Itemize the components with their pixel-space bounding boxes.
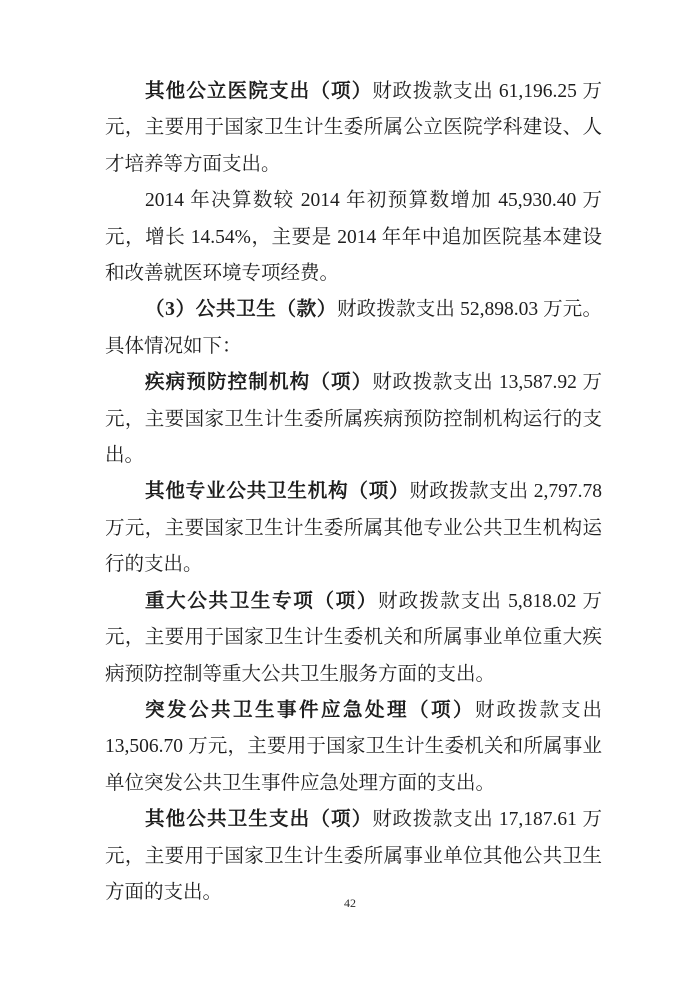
paragraph: 其他专业公共卫生机构（项）财政拨款支出 2,797.78 万元，主要国家卫生计生… xyxy=(105,474,602,583)
page-number: 42 xyxy=(0,896,700,911)
paragraph-lead-bold: 突发公共卫生事件应急处理（项） xyxy=(145,700,475,721)
paragraph: 其他公立医院支出（项）财政拨款支出 61,196.25 万元，主要用于国家卫生计… xyxy=(105,74,602,183)
paragraph-lead-bold: 重大公共卫生专项（项） xyxy=(145,591,378,612)
paragraph: （3）公共卫生（款）财政拨款支出 52,898.03 万元。具体情况如下： xyxy=(105,292,602,365)
paragraph: 重大公共卫生专项（项）财政拨款支出 5,818.02 万元，主要用于国家卫生计生… xyxy=(105,584,602,693)
paragraph: 疾病预防控制机构（项）财政拨款支出 13,587.92 万元，主要国家卫生计生委… xyxy=(105,365,602,474)
paragraph-lead-bold: 其他专业公共卫生机构（项） xyxy=(145,481,409,502)
document-body: 其他公立医院支出（项）财政拨款支出 61,196.25 万元，主要用于国家卫生计… xyxy=(105,74,602,911)
paragraph: 突发公共卫生事件应急处理（项）财政拨款支出 13,506.70 万元，主要用于国… xyxy=(105,693,602,802)
paragraph-lead-bold: （3）公共卫生（款） xyxy=(145,299,337,320)
paragraph-lead-bold: 其他公共卫生支出（项） xyxy=(145,809,372,830)
paragraph: 2014 年决算数较 2014 年初预算数增加 45,930.40 万元，增长 … xyxy=(105,183,602,292)
document-page: 其他公立医院支出（项）财政拨款支出 61,196.25 万元，主要用于国家卫生计… xyxy=(0,0,700,989)
paragraph: 其他公共卫生支出（项）财政拨款支出 17,187.61 万元，主要用于国家卫生计… xyxy=(105,802,602,911)
paragraph-text: 2014 年决算数较 2014 年初预算数增加 45,930.40 万元，增长 … xyxy=(105,190,602,284)
paragraph-lead-bold: 疾病预防控制机构（项） xyxy=(145,372,372,393)
paragraph-lead-bold: 其他公立医院支出（项） xyxy=(145,81,372,102)
